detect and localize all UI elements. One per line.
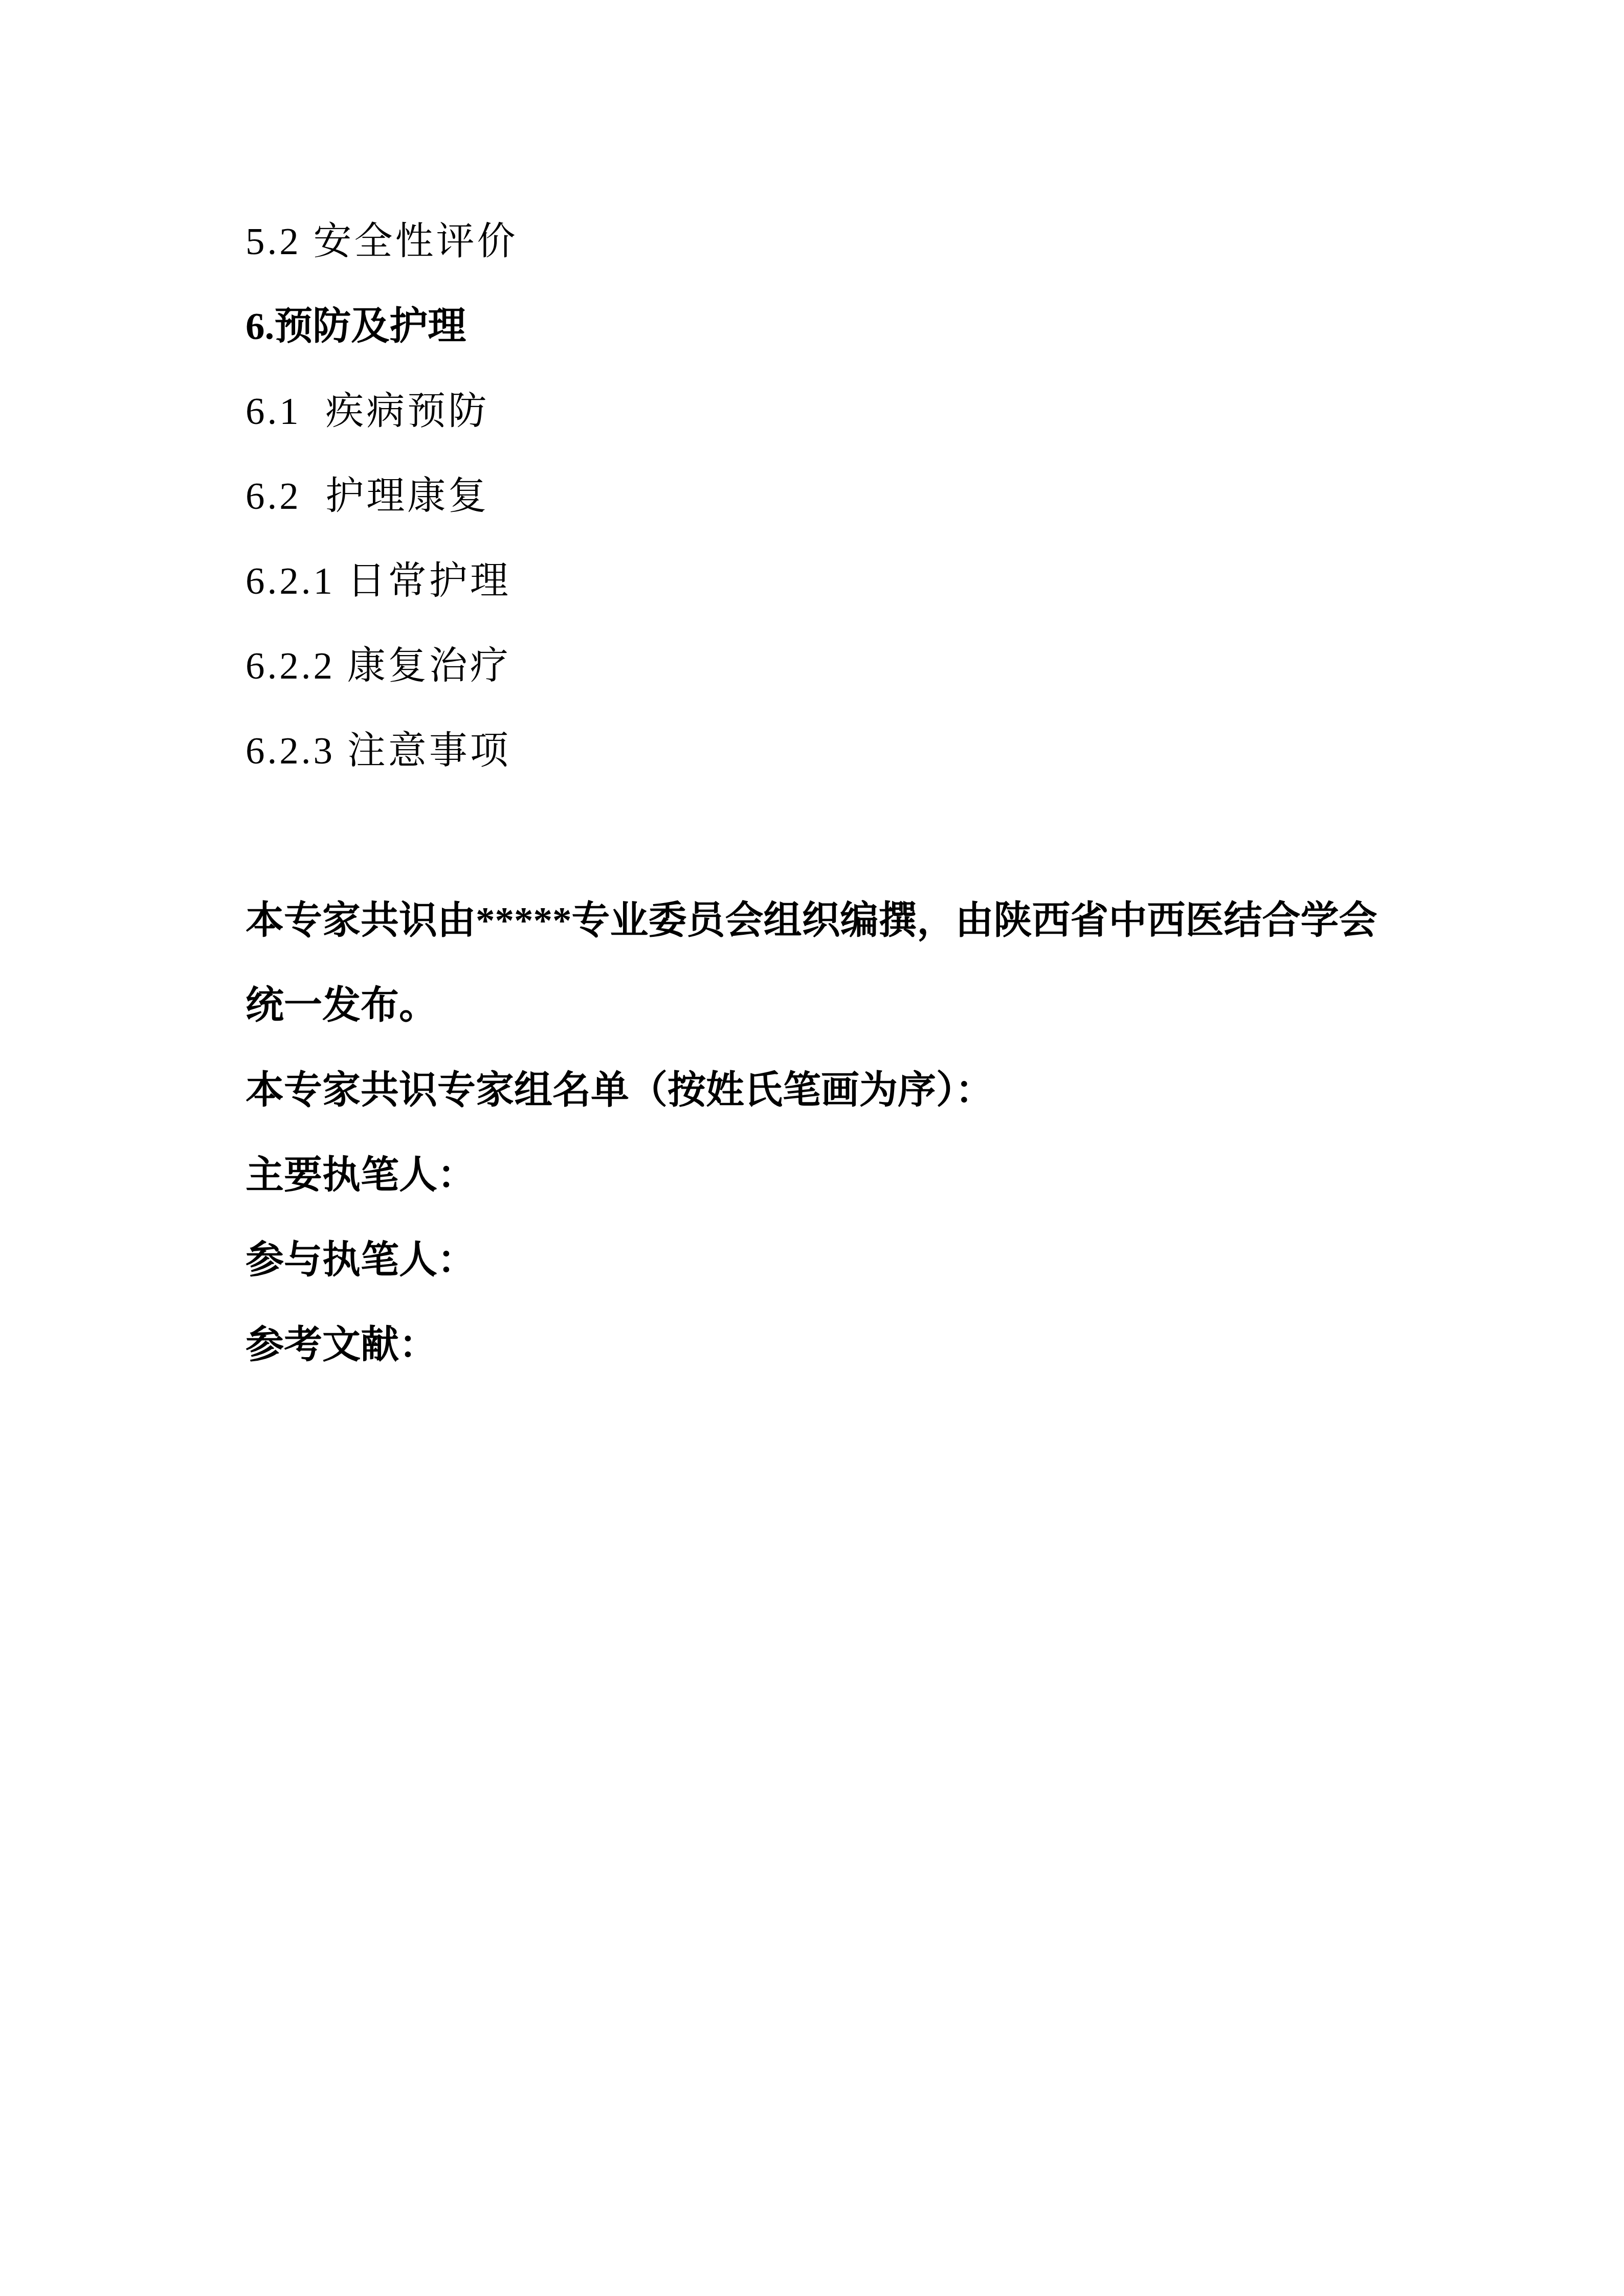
toc-line: 6.2.2 康复治疗 <box>246 624 1401 709</box>
toc-line: 6.2.1 日常护理 <box>246 539 1401 624</box>
paragraph-line: 本专家共识专家组名单（按姓氏笔画为序）： <box>246 1048 1401 1133</box>
document-page: 5.2 安全性评价6.预防及护理6.1 疾病预防6.2 护理康复6.2.1 日常… <box>0 0 1624 2296</box>
toc-line: 6.2 护理康复 <box>246 454 1401 539</box>
toc-line: 6.1 疾病预防 <box>246 369 1401 454</box>
blank-line <box>246 794 1401 879</box>
paragraph-line: 主要执笔人： <box>246 1133 1401 1218</box>
document-content: 5.2 安全性评价6.预防及护理6.1 疾病预防6.2 护理康复6.2.1 日常… <box>246 199 1401 1388</box>
body-section: 本专家共识由*****专业委员会组织编撰，由陕西省中西医结合学会统一发布。本专家… <box>246 879 1401 1388</box>
toc-line: 6.2.3 注意事项 <box>246 709 1401 794</box>
paragraph-line: 统一发布。 <box>246 963 1401 1048</box>
toc-line: 6.预防及护理 <box>246 284 1401 369</box>
toc-section: 5.2 安全性评价6.预防及护理6.1 疾病预防6.2 护理康复6.2.1 日常… <box>246 199 1401 794</box>
paragraph-line: 本专家共识由*****专业委员会组织编撰，由陕西省中西医结合学会 <box>246 879 1401 963</box>
paragraph-line: 参与执笔人： <box>246 1218 1401 1303</box>
paragraph-line: 参考文献： <box>246 1303 1401 1388</box>
toc-line: 5.2 安全性评价 <box>246 199 1401 284</box>
